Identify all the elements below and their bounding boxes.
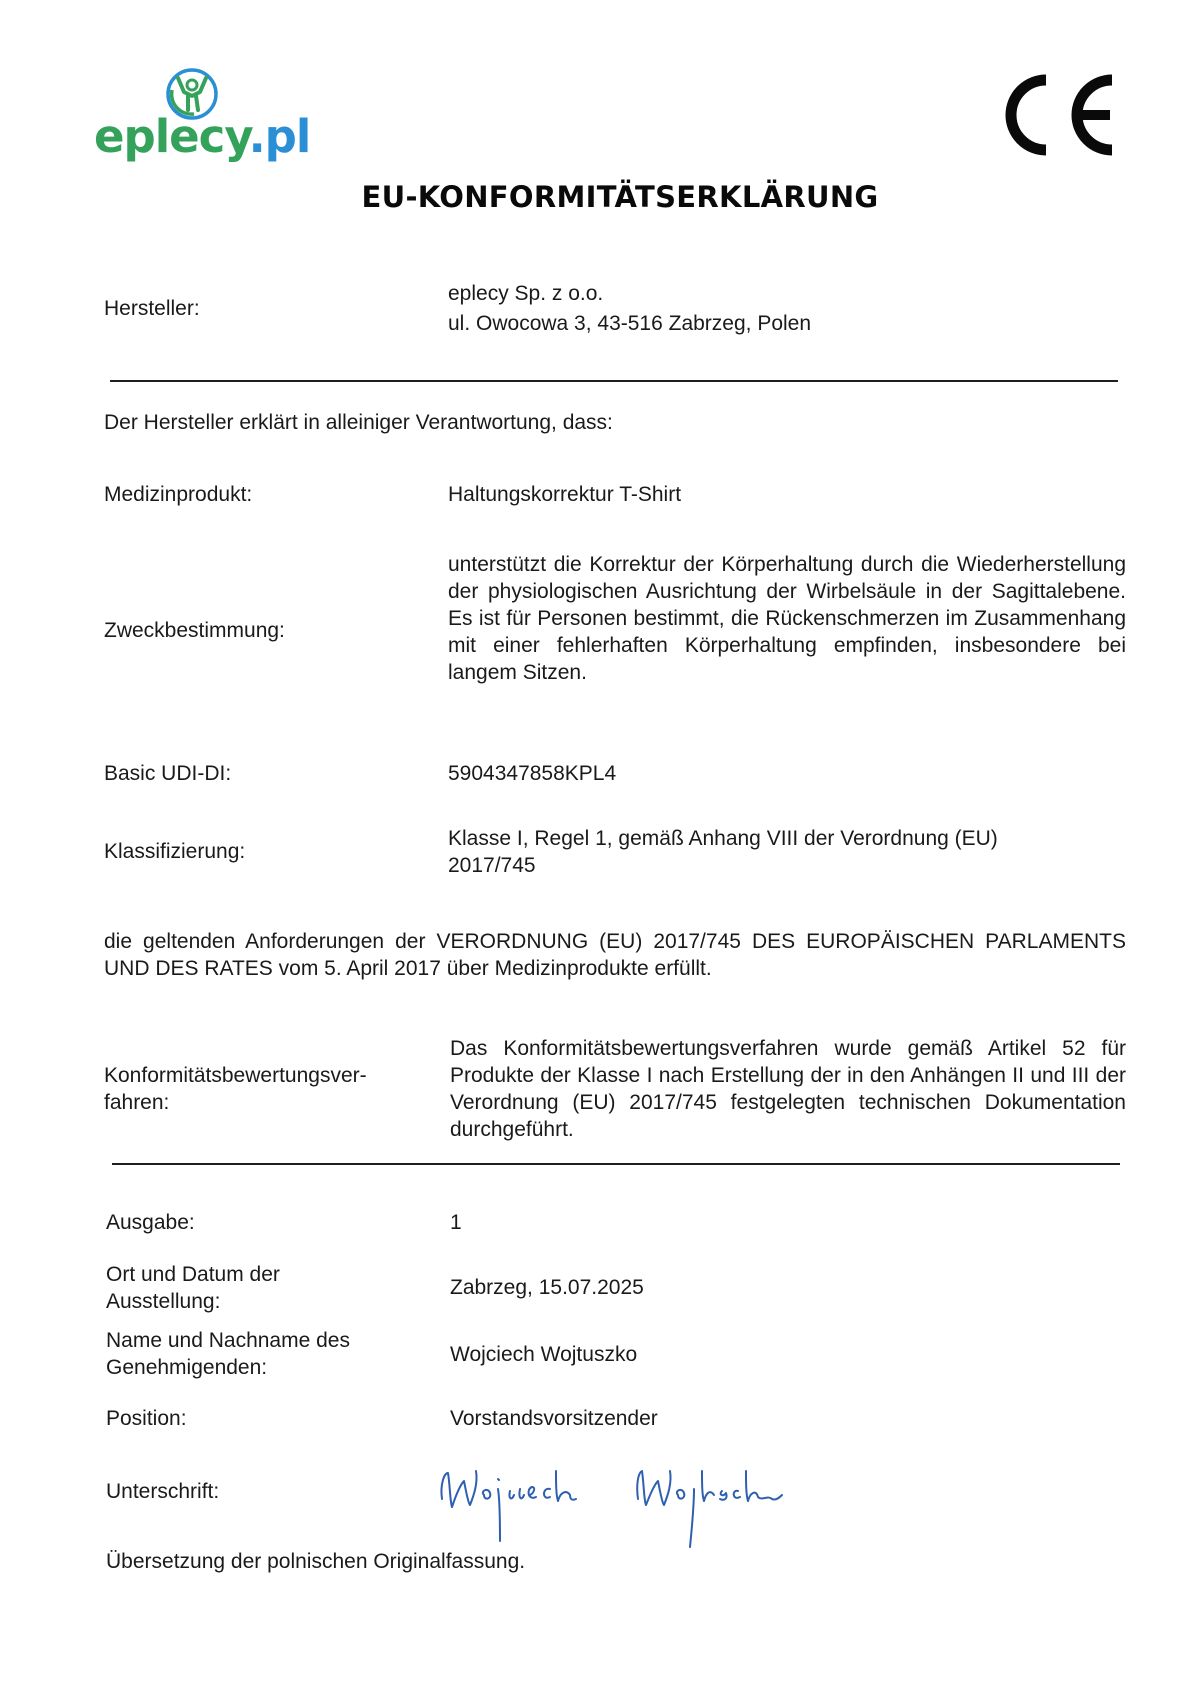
udi-label: Basic UDI-DI: — [104, 760, 231, 787]
document-title: EU-KONFORMITÄTSERKLÄRUNG — [0, 180, 1200, 214]
place-date-value: Zabrzeg, 15.07.2025 — [450, 1274, 644, 1301]
issue-value: 1 — [450, 1209, 462, 1236]
place-date-label-2: Ausstellung: — [106, 1288, 220, 1315]
position-value: Vorstandsvorsitzender — [450, 1405, 658, 1432]
approver-value: Wojciech Wojtuszko — [450, 1341, 637, 1368]
approver-label-2: Genehmigenden: — [106, 1354, 267, 1381]
product-value: Haltungskorrektur T-Shirt — [448, 481, 681, 508]
footer-note: Übersetzung der polnischen Originalfassu… — [106, 1548, 525, 1575]
classification-label: Klassifizierung: — [104, 838, 245, 865]
divider — [110, 380, 1118, 382]
intended-purpose-value: unterstützt die Korrektur der Körperhalt… — [448, 551, 1126, 686]
declaration-intro: Der Hersteller erklärt in alleiniger Ver… — [104, 409, 613, 436]
manufacturer-label: Hersteller: — [104, 295, 200, 322]
manufacturer-address: ul. Owocowa 3, 43-516 Zabrzeg, Polen — [448, 310, 811, 337]
conformity-procedure-value: Das Konformitätsbewertungsverfahren wurd… — [450, 1035, 1126, 1143]
signature-label: Unterschrift: — [106, 1478, 219, 1505]
intended-purpose-label: Zweckbestimmung: — [104, 617, 285, 644]
conformity-procedure-label-2: fahren: — [104, 1089, 169, 1116]
udi-value: 5904347858KPL4 — [448, 760, 616, 787]
ce-mark-icon — [1000, 70, 1120, 160]
classification-value: Klasse I, Regel 1, gemäß Anhang VIII der… — [448, 825, 1088, 879]
approver-label-1: Name und Nachname des — [106, 1327, 350, 1354]
divider — [112, 1163, 1120, 1165]
product-label: Medizinprodukt: — [104, 481, 252, 508]
manufacturer-name: eplecy Sp. z o.o. — [448, 280, 603, 307]
position-label: Position: — [106, 1405, 187, 1432]
logo-wordmark: eplecy.pl — [94, 114, 310, 159]
place-date-label-1: Ort und Datum der — [106, 1261, 280, 1288]
compliance-statement: die geltenden Anforderungen der VERORDNU… — [104, 928, 1126, 982]
company-logo: eplecy.pl — [92, 66, 292, 176]
conformity-procedure-label-1: Konformitätsbewertungsver- — [104, 1062, 367, 1089]
issue-label: Ausgabe: — [106, 1209, 195, 1236]
handwritten-signature — [438, 1455, 818, 1555]
